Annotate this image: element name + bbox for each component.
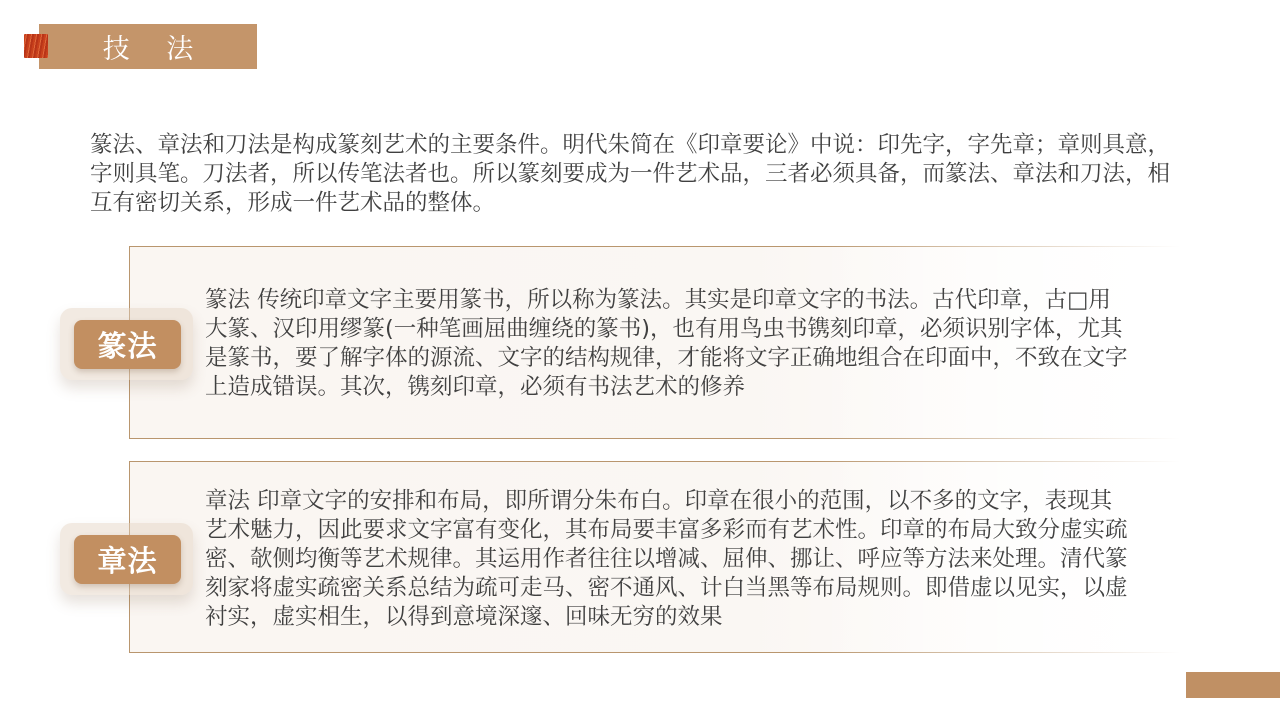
tag-label: 篆法 bbox=[97, 324, 157, 365]
section-tag-zhuanfa: 篆法 bbox=[60, 308, 193, 380]
section-text: 章法 印章文字的安排和布局，即所谓分朱布白。印章在很小的范围，以不多的文字，表现… bbox=[205, 487, 1130, 632]
seal-stamp-icon bbox=[24, 34, 48, 58]
footer-accent-bar bbox=[1186, 672, 1280, 698]
tag-badge: 章法 bbox=[74, 535, 181, 584]
section-tag-zhangfa: 章法 bbox=[60, 523, 193, 595]
tag-label: 章法 bbox=[97, 539, 157, 580]
intro-paragraph: 篆法、章法和刀法是构成篆刻艺术的主要条件。明代朱简在《印章要论》中说：印先字，字… bbox=[90, 131, 1180, 218]
page-title: 技 法 bbox=[89, 27, 208, 66]
section-text: 篆法 传统印章文字主要用篆书，所以称为篆法。其实是印章文字的书法。古代印章，古□… bbox=[205, 286, 1130, 402]
tag-badge: 篆法 bbox=[74, 320, 181, 369]
title-bar: 技 法 bbox=[39, 24, 257, 69]
section-card-zhangfa: 章法 印章文字的安排和布局，即所谓分朱布白。印章在很小的范围，以不多的文字，表现… bbox=[129, 461, 1180, 653]
section-card-zhuanfa: 篆法 传统印章文字主要用篆书，所以称为篆法。其实是印章文字的书法。古代印章，古□… bbox=[129, 246, 1180, 439]
